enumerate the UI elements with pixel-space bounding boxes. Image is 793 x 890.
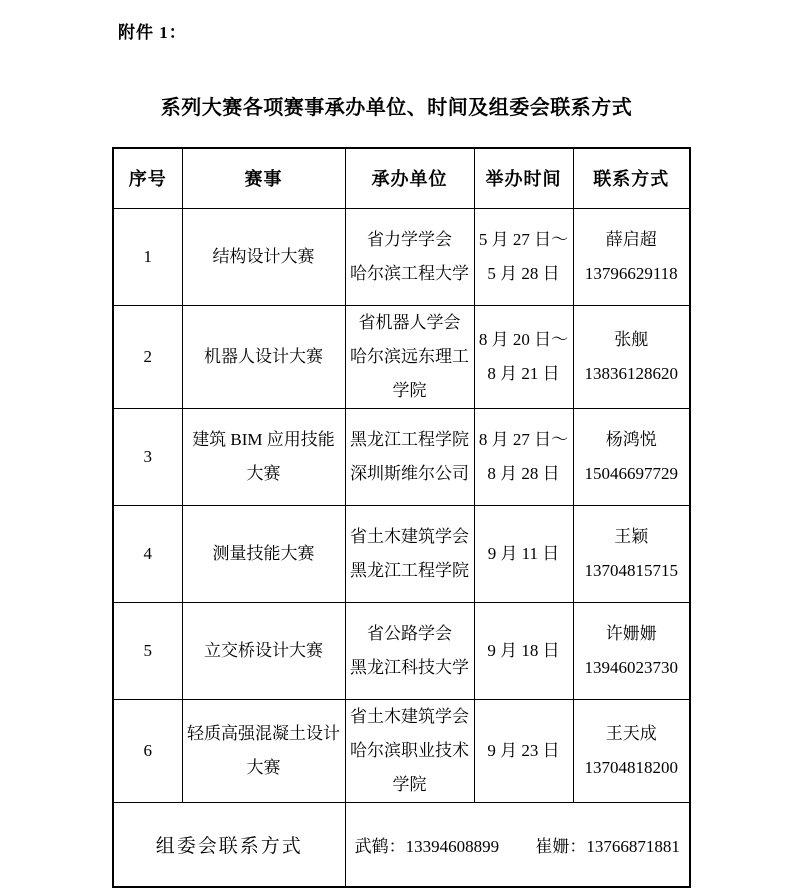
cell-event: 机器人设计大赛 [182, 305, 345, 408]
cell-contact: 王颖13704815715 [573, 505, 690, 602]
cell-no: 4 [113, 505, 182, 602]
table-row: 1结构设计大赛省力学学会哈尔滨工程大学5 月 27 日～5 月 28 日薛启超1… [113, 208, 690, 305]
cell-line: 哈尔滨工程大学 [346, 257, 474, 291]
cell-line: 13836128620 [574, 357, 690, 391]
cell-line: 8 月 20 日～ [475, 323, 573, 357]
table-row: 5立交桥设计大赛省公路学会黑龙江科技大学9 月 18 日许姗姗139460237… [113, 602, 690, 699]
cell-line: 省公路学会 [346, 617, 474, 651]
cell-line: 8 月 28 日 [475, 457, 573, 491]
cell-time: 5 月 27 日～5 月 28 日 [474, 208, 573, 305]
cell-line: 9 月 11 日 [475, 537, 573, 571]
cell-line: 黑龙江工程学院 [346, 554, 474, 588]
cell-event: 立交桥设计大赛 [182, 602, 345, 699]
cell-line: 1 [114, 240, 182, 274]
cell-line: 张舰 [574, 323, 690, 357]
cell-event: 结构设计大赛 [182, 208, 345, 305]
cell-no: 5 [113, 602, 182, 699]
cell-line: 13704818200 [574, 751, 690, 785]
cell-line: 15046697729 [574, 457, 690, 491]
cell-organizer: 省机器人学会哈尔滨远东理工学院 [345, 305, 474, 408]
cell-line: 8 月 21 日 [475, 357, 573, 391]
cell-organizer: 省土木建筑学会哈尔滨职业技术学院 [345, 699, 474, 802]
column-header-contact: 联系方式 [573, 148, 690, 208]
cell-line: 省机器人学会 [346, 306, 474, 340]
cell-line: 机器人设计大赛 [183, 340, 345, 374]
header-row: 序号 赛事 承办单位 举办时间 联系方式 [113, 148, 690, 208]
cell-line: 结构设计大赛 [183, 240, 345, 274]
cell-time: 9 月 23 日 [474, 699, 573, 802]
cell-line: 5 月 28 日 [475, 257, 573, 291]
table-row: 6轻质高强混凝土设计大赛省土木建筑学会哈尔滨职业技术学院9 月 23 日王天成1… [113, 699, 690, 802]
cell-line: 13704815715 [574, 554, 690, 588]
cell-organizer: 省土木建筑学会黑龙江工程学院 [345, 505, 474, 602]
cell-line: 8 月 27 日～ [475, 423, 573, 457]
cell-line: 王颖 [574, 520, 690, 554]
cell-line: 薛启超 [574, 223, 690, 257]
cell-no: 3 [113, 408, 182, 505]
cell-time: 9 月 18 日 [474, 602, 573, 699]
cell-line: 2 [114, 340, 182, 374]
committee-contacts-cell: 武鹤：13394608899 崔姗：13766871881 [345, 802, 690, 887]
cell-time: 8 月 20 日～8 月 21 日 [474, 305, 573, 408]
cell-line: 轻质高强混凝土设计 [183, 717, 345, 751]
cell-line: 测量技能大赛 [183, 537, 345, 571]
cell-event: 轻质高强混凝土设计大赛 [182, 699, 345, 802]
schedule-table: 序号 赛事 承办单位 举办时间 联系方式 1结构设计大赛省力学学会哈尔滨工程大学… [112, 147, 691, 888]
column-header-time: 举办时间 [474, 148, 573, 208]
page: { "page": { "attachment_label": "附件 1：",… [0, 0, 793, 890]
cell-no: 6 [113, 699, 182, 802]
cell-time: 8 月 27 日～8 月 28 日 [474, 408, 573, 505]
cell-line: 5 [114, 634, 182, 668]
cell-no: 1 [113, 208, 182, 305]
cell-line: 许姗姗 [574, 617, 690, 651]
cell-contact: 许姗姗13946023730 [573, 602, 690, 699]
cell-line: 6 [114, 734, 182, 768]
cell-line: 哈尔滨远东理工 [346, 340, 474, 374]
cell-line: 大赛 [183, 457, 345, 491]
cell-time: 9 月 11 日 [474, 505, 573, 602]
cell-line: 杨鸿悦 [574, 423, 690, 457]
cell-line: 省土木建筑学会 [346, 700, 474, 734]
cell-organizer: 黑龙江工程学院深圳斯维尔公司 [345, 408, 474, 505]
cell-organizer: 省公路学会黑龙江科技大学 [345, 602, 474, 699]
cell-event: 测量技能大赛 [182, 505, 345, 602]
cell-line: 13796629118 [574, 257, 690, 291]
cell-contact: 张舰13836128620 [573, 305, 690, 408]
committee-contact-2: 崔姗：13766871881 [535, 837, 680, 856]
schedule-table-body: 1结构设计大赛省力学学会哈尔滨工程大学5 月 27 日～5 月 28 日薛启超1… [113, 208, 690, 802]
committee-contact-label: 组委会联系方式 [113, 802, 345, 887]
cell-line: 9 月 18 日 [475, 634, 573, 668]
column-header-organizer: 承办单位 [345, 148, 474, 208]
cell-line: 建筑 BIM 应用技能 [183, 423, 345, 457]
cell-line: 省土木建筑学会 [346, 520, 474, 554]
column-header-no: 序号 [113, 148, 182, 208]
cell-contact: 薛启超13796629118 [573, 208, 690, 305]
column-header-event: 赛事 [182, 148, 345, 208]
cell-line: 9 月 23 日 [475, 734, 573, 768]
cell-line: 立交桥设计大赛 [183, 634, 345, 668]
cell-line: 黑龙江科技大学 [346, 651, 474, 685]
table-row: 4测量技能大赛省土木建筑学会黑龙江工程学院9 月 11 日王颖137048157… [113, 505, 690, 602]
attachment-label: 附件 1： [118, 18, 793, 43]
cell-line: 王天成 [574, 717, 690, 751]
cell-line: 13946023730 [574, 651, 690, 685]
cell-line: 学院 [346, 768, 474, 802]
cell-line: 大赛 [183, 751, 345, 785]
cell-contact: 王天成13704818200 [573, 699, 690, 802]
cell-line: 省力学学会 [346, 223, 474, 257]
cell-event: 建筑 BIM 应用技能大赛 [182, 408, 345, 505]
cell-line: 5 月 27 日～ [475, 223, 573, 257]
cell-organizer: 省力学学会哈尔滨工程大学 [345, 208, 474, 305]
cell-contact: 杨鸿悦15046697729 [573, 408, 690, 505]
cell-line: 学院 [346, 374, 474, 408]
cell-line: 深圳斯维尔公司 [346, 457, 474, 491]
table-row: 2机器人设计大赛省机器人学会哈尔滨远东理工学院8 月 20 日～8 月 21 日… [113, 305, 690, 408]
cell-line: 黑龙江工程学院 [346, 423, 474, 457]
committee-contact-1: 武鹤：13394608899 [355, 837, 500, 856]
cell-line: 3 [114, 440, 182, 474]
page-title: 系列大赛各项赛事承办单位、时间及组委会联系方式 [0, 91, 793, 120]
cell-line: 哈尔滨职业技术 [346, 734, 474, 768]
cell-line: 4 [114, 537, 182, 571]
cell-no: 2 [113, 305, 182, 408]
table-row: 3建筑 BIM 应用技能大赛黑龙江工程学院深圳斯维尔公司8 月 27 日～8 月… [113, 408, 690, 505]
footer-row: 组委会联系方式 武鹤：13394608899 崔姗：13766871881 [113, 802, 690, 887]
